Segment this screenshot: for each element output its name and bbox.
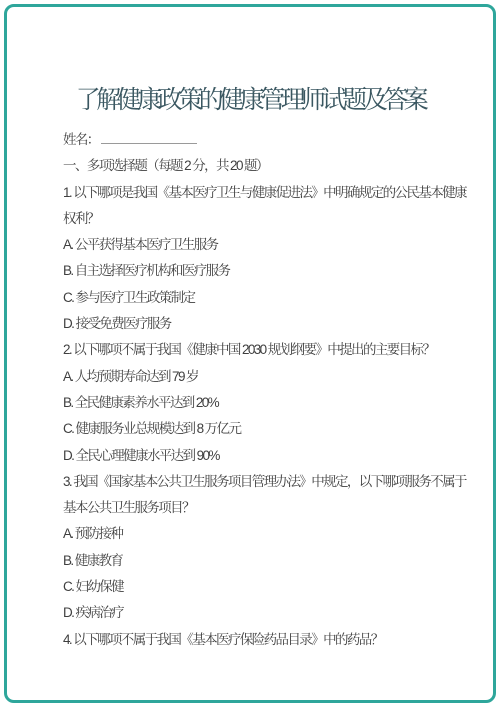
question-1-option-a: A. 公平获得基本医疗卫生服务: [63, 232, 460, 258]
question-1-option-d: D. 接受免费医疗服务: [63, 311, 460, 337]
question-1-line-1: 1. 以下哪项是我国《基本医疗卫生与健康促进法》中明确规定的公民基本健康: [63, 180, 460, 206]
question-3-option-d: D. 疾病治疗: [63, 600, 460, 626]
name-field-row: 姓名：: [63, 127, 460, 153]
question-1-option-b: B. 自主选择医疗机构和医疗服务: [63, 258, 460, 284]
document-body: 姓名： 一、多项选择题（每题 2 分，共 20 题） 1. 以下哪项是我国《基本…: [63, 127, 460, 653]
question-2-option-b: B. 全民健康素养水平达到 20%: [63, 390, 460, 416]
exam-document-page: { "document": { "title": "了解健康政策的健康管理师试题…: [0, 0, 500, 707]
section-heading: 一、多项选择题（每题 2 分，共 20 题）: [63, 153, 460, 179]
name-blank-line: [101, 131, 197, 144]
question-3-line-1: 3. 我国《国家基本公共卫生服务项目管理办法》中规定，以下哪项服务不属于: [63, 469, 460, 495]
question-1-line-2: 权利？: [63, 206, 460, 232]
question-3-option-b: B. 健康教育: [63, 548, 460, 574]
question-2-option-c: C. 健康服务业总规模达到 8 万亿元: [63, 416, 460, 442]
question-3-option-c: C. 妇幼保健: [63, 574, 460, 600]
question-2-option-d: D. 全民心理健康水平达到 90%: [63, 443, 460, 469]
name-label: 姓名：: [63, 132, 99, 147]
question-2-option-a: A. 人均预期寿命达到 79 岁: [63, 364, 460, 390]
question-4-line-1: 4. 以下哪项不属于我国《基本医疗保险药品目录》中的药品？: [63, 627, 460, 653]
question-1-option-c: C. 参与医疗卫生政策制定: [63, 285, 460, 311]
question-3-line-2: 基本公共卫生服务项目？: [63, 495, 460, 521]
question-2-line-1: 2. 以下哪项不属于我国《健康中国 2030 规划纲要》中提出的主要目标？: [63, 337, 460, 363]
page-title: 了解健康政策的健康管理师试题及答案: [0, 80, 500, 116]
question-3-option-a: A. 预防接种: [63, 521, 460, 547]
